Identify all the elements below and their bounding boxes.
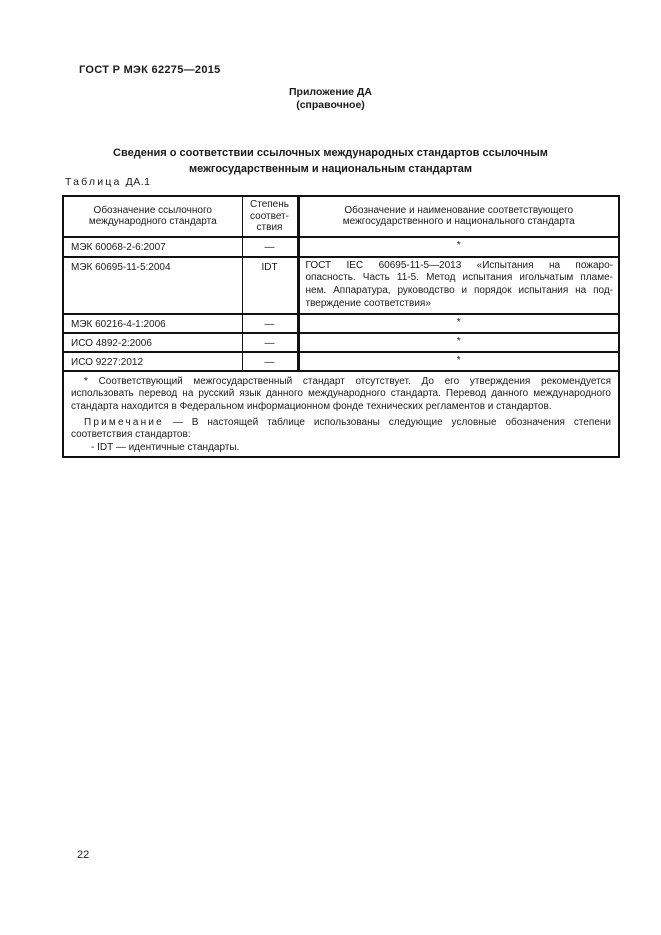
national-standard-line: нем. Аппаратура, руководство и порядок и… [306, 285, 614, 298]
header-cell-reference-standard: Обозначение ссылочного международного ст… [63, 196, 242, 237]
reference-standard-cell: ИСО 9227:2012 [63, 352, 242, 371]
table-row: ИСО 9227:2012 — * [63, 352, 619, 371]
national-standard-line: тверждение соответствия» [306, 298, 614, 311]
annex-title: Приложение ДА [0, 86, 661, 99]
note-label: Примечание [84, 417, 164, 428]
note-item: - IDT — идентичные стандарты. [91, 442, 611, 454]
reference-standard-cell: ИСО 4892-2:2006 [63, 333, 242, 352]
note-paragraph: Примечание — В настоящей таблице использ… [71, 417, 611, 454]
table-caption-word: Таблица [65, 176, 122, 188]
annex-subtitle: (справочное) [0, 99, 661, 112]
asterisk-mark: * [457, 318, 461, 328]
degree-cell: IDT [242, 257, 298, 315]
document-page: ГОСТ Р МЭК 62275—2015 Приложение ДА (спр… [0, 0, 661, 935]
degree-cell: — [242, 314, 298, 333]
asterisk-mark: * [457, 356, 461, 366]
table-caption-number: ДА.1 [126, 176, 151, 188]
annex-heading: Приложение ДА (справочное) [0, 86, 661, 111]
note-text: — В настоящей таблице использованы следу… [173, 417, 611, 428]
page-number: 22 [77, 849, 89, 861]
table-footnote-row: * Соответствующий межгосударственный ста… [63, 371, 619, 457]
section-title-line-1: Сведения о соответствии ссылочных междун… [0, 145, 661, 161]
table-row: МЭК 60216-4-1:2006 — * [63, 314, 619, 333]
national-standard-line: ГОСТ IEC 60695-11-5—2013 «Испытания на п… [306, 260, 614, 273]
reference-standard-cell: МЭК 60068-2-6:2007 [63, 237, 242, 257]
note-first-line: Примечание — В настоящей таблице использ… [71, 417, 611, 429]
section-title: Сведения о соответствии ссылочных междун… [0, 145, 661, 177]
note-second-line: соответствия стандартов: [71, 429, 611, 441]
national-standard-line: опасность. Часть 11-5. Метод испытания и… [306, 272, 614, 285]
table-header-row: Обозначение ссылочного международного ст… [63, 196, 619, 237]
asterisk-mark: * [457, 241, 461, 251]
asterisk-mark: * [457, 337, 461, 347]
footnote-text-line: * Соответствующий межгосударственный ста… [71, 376, 611, 388]
table-row: ИСО 4892-2:2006 — * [63, 333, 619, 352]
table-caption: ТаблицаДА.1 [65, 176, 150, 188]
footnote-cell: * Соответствующий межгосударственный ста… [63, 371, 619, 457]
table-row: МЭК 60068-2-6:2007 — * [63, 237, 619, 257]
degree-cell: — [242, 333, 298, 352]
header-cell-national-standard: Обозначение и наименование соответствующ… [298, 196, 619, 237]
table-row: МЭК 60695-11-5:2004 IDT ГОСТ IEC 60695-1… [63, 257, 619, 315]
footnote-paragraph: * Соответствующий межгосударственный ста… [71, 376, 611, 413]
reference-standard-cell: МЭК 60216-4-1:2006 [63, 314, 242, 333]
header-cell-degree: Степень соответ- ствия [242, 196, 298, 237]
section-title-line-2: межгосударственным и национальным станда… [0, 161, 661, 177]
footnote-text-line: стандарта находится в Федеральном информ… [71, 401, 611, 413]
reference-standard-cell: МЭК 60695-11-5:2004 [63, 257, 242, 315]
footnote-text-line: использовать перевод на русский язык дан… [71, 388, 611, 400]
degree-cell: — [242, 352, 298, 371]
doc-number: ГОСТ Р МЭК 62275—2015 [79, 64, 221, 76]
standards-table: Обозначение ссылочного международного ст… [62, 195, 620, 458]
degree-cell: — [242, 237, 298, 257]
national-standard-cell: ГОСТ IEC 60695-11-5—2013 «Испытания на п… [298, 257, 619, 315]
